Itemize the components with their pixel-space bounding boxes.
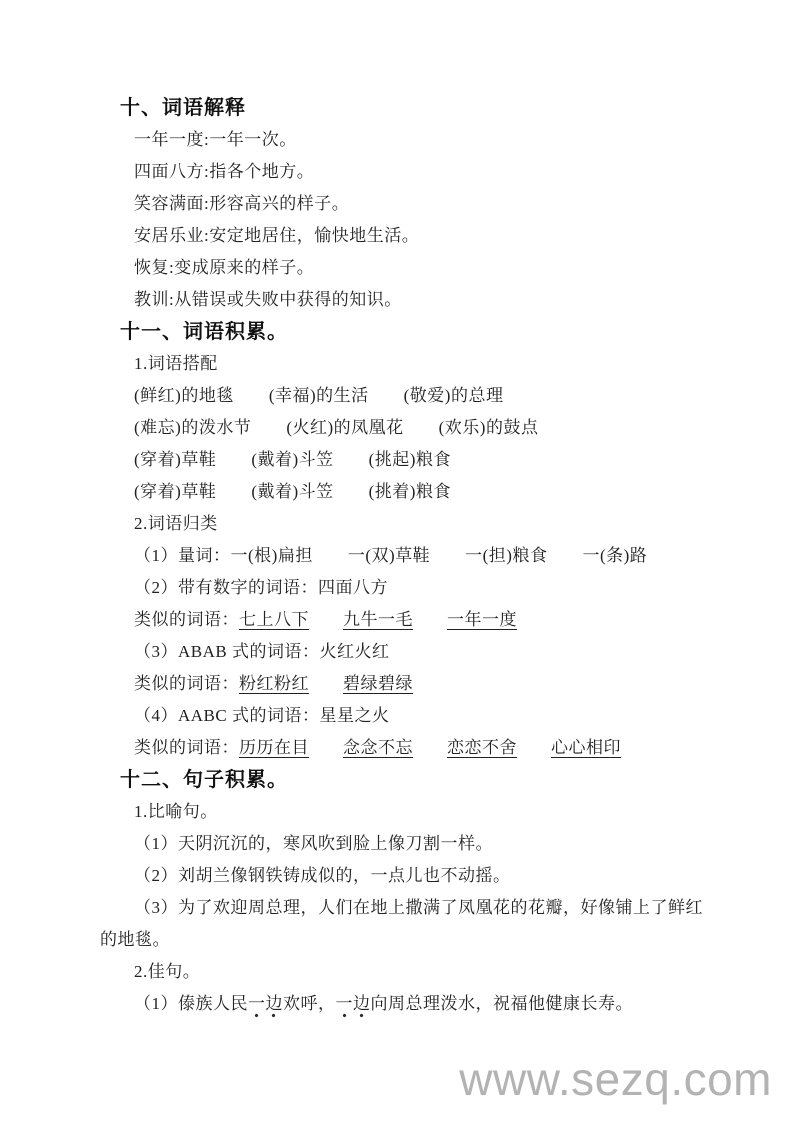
sentence-line-wrapped: （3）为了欢迎周总理，人们在地上撒满了凤凰花的花瓣，好像铺上了鲜红的地毯。 xyxy=(100,892,712,956)
collocation-line: (难忘)的泼水节 (火红)的凤凰花 (欢乐)的鼓点 xyxy=(100,412,712,444)
category-item: （4）AABC 式的词语：星星之火 xyxy=(100,700,712,732)
underlined-idiom: 一年一度 xyxy=(447,610,517,629)
definition-line: 四面八方:指各个地方。 xyxy=(100,156,712,188)
similar-words-line: 类似的词语：七上八下九牛一毛一年一度 xyxy=(100,604,712,636)
emphasized-word: 一边 xyxy=(336,994,371,1018)
subsection-title: 1.比喻句。 xyxy=(100,796,712,828)
category-item: （3）ABAB 式的词语：火红火红 xyxy=(100,636,712,668)
subsection-title: 2.佳句。 xyxy=(100,956,712,988)
subsection-title: 2.词语归类 xyxy=(100,508,712,540)
collocation-line: (鲜红)的地毯 (幸福)的生活 (敬爱)的总理 xyxy=(100,380,712,412)
section-10-heading: 十、词语解释 xyxy=(100,92,712,124)
underlined-idiom: 历历在目 xyxy=(239,738,309,757)
similar-words-label: 类似的词语： xyxy=(134,738,239,757)
sentence-line: （1）天阴沉沉的，寒风吹到脸上像刀割一样。 xyxy=(100,828,712,860)
emphasized-word: 一边 xyxy=(248,994,283,1018)
sentence-part: 向周总理泼水，祝福他健康长寿。 xyxy=(371,994,634,1013)
underlined-idiom: 心心相印 xyxy=(551,738,621,757)
collocation-line: (穿着)草鞋 (戴着)斗笠 (挑起)粮食 xyxy=(100,444,712,476)
sentence-line-emphasized: （1）傣族人民一边欢呼，一边向周总理泼水，祝福他健康长寿。 xyxy=(100,988,712,1020)
sentence-part: 欢呼， xyxy=(283,994,336,1013)
underlined-idiom: 念念不忘 xyxy=(343,738,413,757)
underlined-idiom: 七上八下 xyxy=(239,610,309,629)
sentence-part: （3）为了欢迎周总理，人们在地上撒满了凤凰花的花瓣，好像铺上了鲜红 xyxy=(134,898,703,917)
underlined-idiom: 九牛一毛 xyxy=(343,610,413,629)
section-11-heading: 十一、词语积累。 xyxy=(100,316,712,348)
worksheet-page: 十、词语解释 一年一度:一年一次。 四面八方:指各个地方。 笑容满面:形容高兴的… xyxy=(100,92,712,1020)
category-item: （1）量词：一(根)扁担 一(双)草鞋 一(担)粮食 一(条)路 xyxy=(100,540,712,572)
definition-line: 安居乐业:安定地居住，愉快地生活。 xyxy=(100,220,712,252)
similar-words-line: 类似的词语：粉红粉红碧绿碧绿 xyxy=(100,668,712,700)
sentence-line: （2）刘胡兰像钢铁铸成似的，一点儿也不动摇。 xyxy=(100,860,712,892)
similar-words-label: 类似的词语： xyxy=(134,610,239,629)
definition-line: 恢复:变成原来的样子。 xyxy=(100,252,712,284)
definition-line: 教训:从错误或失败中获得的知识。 xyxy=(100,284,712,316)
watermark: www.sezq.com xyxy=(459,1052,772,1106)
similar-words-line: 类似的词语：历历在目念念不忘恋恋不舍心心相印 xyxy=(100,732,712,764)
collocation-line: (穿着)草鞋 (戴着)斗笠 (挑着)粮食 xyxy=(100,476,712,508)
similar-words-label: 类似的词语： xyxy=(134,674,239,693)
definition-line: 笑容满面:形容高兴的样子。 xyxy=(100,188,712,220)
underlined-idiom: 粉红粉红 xyxy=(239,674,309,693)
sentence-part: （1）傣族人民 xyxy=(134,994,248,1013)
subsection-title: 1.词语搭配 xyxy=(100,348,712,380)
sentence-part: 的地毯。 xyxy=(100,930,170,949)
section-12-heading: 十二、句子积累。 xyxy=(100,764,712,796)
underlined-idiom: 恋恋不舍 xyxy=(447,738,517,757)
category-item: （2）带有数字的词语：四面八方 xyxy=(100,572,712,604)
underlined-idiom: 碧绿碧绿 xyxy=(343,674,413,693)
definition-line: 一年一度:一年一次。 xyxy=(100,124,712,156)
